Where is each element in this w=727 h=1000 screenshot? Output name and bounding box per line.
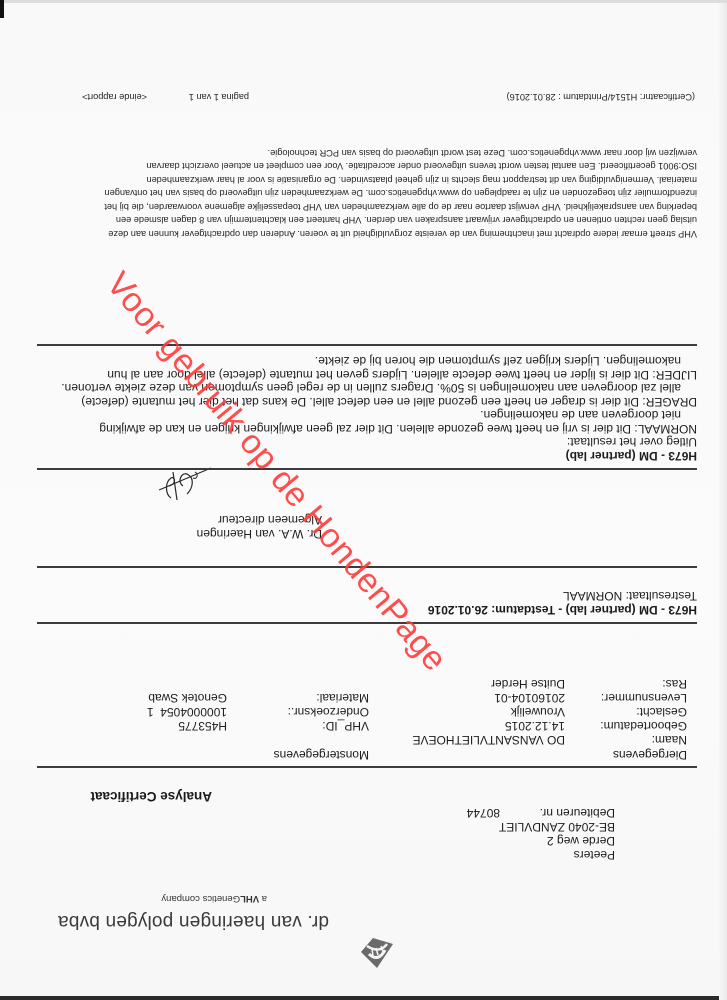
field-label-research-number: Onderzoeksnr.: (288, 705, 369, 719)
company-name: dr. van haeringen polygen bvba (58, 910, 329, 932)
recipient-name: Peeters (499, 848, 615, 862)
field-label-name: Naam: (652, 733, 687, 747)
explanation-affected: LIJDER: Dit dier is lijder en heeft twee… (27, 368, 697, 382)
scanned-document: dr. van haeringen polygen bvba a VHLGene… (0, 0, 727, 1000)
subtitle-suffix: Genetics company (161, 893, 240, 904)
debtor-label: Debiteuren nr. (540, 806, 615, 820)
test-result-label: Testresultaat: (626, 589, 697, 603)
sex-value: Vrouwelijk (511, 705, 565, 719)
explanation-intro: Uitleg over het resultaat: (27, 435, 697, 449)
animal-name: DO VANSANTVLIETHOEVE (413, 733, 565, 747)
scan-edge (0, 0, 4, 18)
signatory-role: Algemeen directeur (218, 513, 322, 527)
test-result-value: NORMAAL (563, 589, 622, 603)
field-label-breed: Ras: (662, 677, 687, 691)
life-number-value: 20160104-01 (494, 691, 565, 705)
divider (37, 469, 697, 471)
field-label-material: Materiaal: (316, 691, 369, 705)
subtitle-brand: VHL (240, 893, 259, 904)
disclaimer-line: beperking van aansprakelijkheid. VHP ver… (27, 200, 697, 214)
disclaimer-line: verwijzen wij door naar www.vhpgenetics.… (27, 146, 697, 160)
recipient-city: BE-2040 ZANDVLIET (499, 820, 615, 834)
divider (37, 567, 697, 569)
company-subtitle: a VHLGenetics company (161, 893, 267, 904)
recipient-street: Derde weg 2 (499, 834, 615, 848)
field-label-life-number: Levensnummer: (601, 691, 687, 705)
recipient-address: Peeters Derde weg 2 BE-2040 ZANDVLIET (499, 820, 615, 862)
test-result-row: Testresultaat: NORMAAL (563, 589, 697, 603)
explanation-carrier: DRAGER: Dit dier is drager en heeft een … (27, 395, 697, 409)
field-label-vhp-id: VHP_ID: (322, 719, 369, 733)
explanation-normal-cont: niet doorgeven aan de nakomelingen. (27, 408, 697, 422)
scan-edge (0, 0, 727, 3)
explanation-carrier-cont: allel zal doorgeven aan nakomelingen is … (27, 381, 697, 395)
disclaimer-line: inzendformulier zijn toegezonden en zijn… (27, 186, 697, 200)
page-indicator: pagina 1 van 1 (189, 92, 249, 102)
scan-edge (0, 996, 727, 1000)
scan-edge (719, 0, 727, 1000)
signatory-name: Dr. W.A. van Haeringen (197, 527, 322, 541)
disclaimer-line: VHP streeft ernaar iedere opdracht met i… (27, 227, 697, 241)
breed-value: Duitse Herder (491, 677, 565, 691)
explanation-heading: H673 - DM (partner lab) (27, 449, 697, 463)
subtitle-prefix: a (259, 893, 267, 904)
certificate-title: Analyse Certificaat (90, 789, 212, 804)
disclaimer-line: ISO:9001 gecertificeerd. Een aantal test… (27, 159, 697, 173)
divider (37, 345, 697, 347)
certificate-sheet: dr. van haeringen polygen bvba a VHLGene… (0, 0, 727, 1000)
field-label-sex: Geslacht: (636, 705, 687, 719)
explanation-normal: NORMAAL: Dit dier is vrij en heeft twee … (27, 422, 697, 436)
divider (37, 623, 697, 625)
certificate-number: (Certificaatnr: H1514/Printdatum : 28.01… (507, 92, 695, 102)
disclaimer-line: materiaal. Vermenigvuldiging van dit tes… (27, 173, 697, 187)
sample-section-label: Monstergegevens (274, 748, 369, 762)
debtor-number: 80744 (467, 806, 500, 820)
explanation-affected-cont: nakomelingen. Lijders krijgen zelf sympt… (27, 354, 697, 368)
divider (37, 767, 697, 769)
animal-section-label: Diergegevens (613, 748, 687, 762)
end-of-report: <einde rapport> (82, 92, 147, 102)
company-header: dr. van haeringen polygen bvba a VHLGene… (97, 894, 397, 984)
debtor-number-row: Debiteuren nr. 80744 (540, 806, 615, 820)
disclaimer: VHP streeft ernaar iedere opdracht met i… (27, 146, 697, 241)
material-value: Genotek Swab (148, 691, 227, 705)
research-number-value: 1000004054 1 (147, 705, 227, 719)
dna-logo-icon (357, 934, 397, 974)
signature-icon (147, 458, 217, 508)
result-explanation: H673 - DM (partner lab) Uitleg over het … (27, 354, 697, 462)
field-label-birthdate: Geboortedatum: (600, 719, 687, 733)
test-heading: H673 - DM (partner lab) - Testdatum: 26.… (428, 603, 697, 617)
vhp-id-value: H453775 (178, 719, 227, 733)
birthdate-value: 14.12.2015 (505, 719, 565, 733)
disclaimer-line: uitslag geen rechten ontlenen en opdrach… (27, 213, 697, 227)
